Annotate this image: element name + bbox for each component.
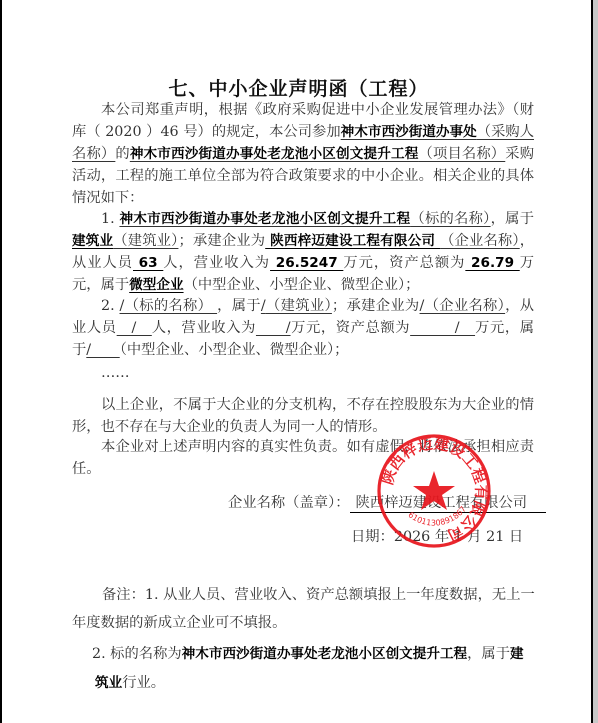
industry-label: （建筑业）: [113, 233, 178, 249]
note-industry: 建: [510, 646, 524, 662]
subject-label: （标的名称）: [410, 211, 490, 227]
note-text: ，属于: [467, 646, 510, 662]
item-text: 人，营业收入为: [152, 320, 256, 336]
date-value: 2026 年 1 月 21 日: [394, 529, 523, 545]
note-text: 2. 标的名称为: [92, 646, 182, 662]
item-text: ；承建企业为: [178, 233, 265, 249]
date-line: 日期：2026 年 1 月 21 日: [351, 526, 523, 546]
item-number: 1.: [101, 211, 119, 227]
note-line-3: 2. 标的名称为神木市西沙街道办事处老龙池小区创文提升工程，属于建: [92, 642, 524, 663]
item-number: 2.: [101, 298, 120, 314]
purchaser-name: 神木市西沙街道办事处: [341, 124, 477, 140]
revenue: 26.5247: [270, 255, 343, 271]
size-label: （中型企业、小型企业、微型企业）；: [120, 342, 349, 358]
employee-count: 63: [133, 255, 163, 271]
signature-label: 企业名称（盖章）：: [228, 495, 350, 511]
note-project-name: 神木市西沙街道办事处老龙池小区创文提升工程: [182, 646, 467, 662]
enterprise-size: 微型企业: [129, 277, 183, 293]
statement-paragraph-1: 以上企业，不属于大企业的分支机构，不存在控股股东为大企业的情形，也不存在与大企业…: [72, 394, 534, 438]
item-text: ；承建企业为: [332, 298, 420, 314]
item-text: ，属于: [491, 211, 534, 227]
enterprise-size: /: [86, 342, 119, 358]
item-text: 人，营业收入为: [163, 255, 270, 271]
page-title: 七、中小企业声明函（工程）: [2, 74, 595, 101]
enterprise-item-2: 2. /（标的名称） ，属于/（建筑业）；承建企业为/（企业名称），从业人员 /…: [72, 295, 534, 361]
subject-name: 神木市西沙街道办事处老龙池小区创文提升工程: [119, 211, 410, 227]
industry: 建筑业: [72, 233, 113, 249]
company-name: 陕西梓迈建设工程有限公司: [265, 233, 440, 249]
project-label: （项目名称）: [419, 146, 506, 162]
note-industry: 筑业: [95, 675, 122, 691]
signature-company: 陕西梓迈建设工程有限公司: [350, 492, 546, 513]
intro-text: 的: [115, 146, 129, 162]
company-label: （企业名称）: [440, 233, 520, 249]
document-page: 七、中小企业声明函（工程） 本公司郑重声明，根据《政府采购促进中小企业发展管理办…: [0, 0, 593, 723]
enterprise-item-1: 1. 神木市西沙街道办事处老龙池小区创文提升工程（标的名称），属于建筑业（建筑业…: [72, 208, 534, 296]
total-assets: /: [410, 320, 475, 336]
signature-line: 企业名称（盖章）：陕西梓迈建设工程有限公司: [228, 492, 546, 513]
note-text: 行业。: [122, 675, 165, 691]
industry-label: （建筑业）: [266, 298, 332, 314]
size-label: （中型企业、小型企业、微型企业）；: [184, 277, 420, 293]
intro-paragraph: 本公司郑重声明，根据《政府采购促进中小企业发展管理办法》（财库（ 2020 ）4…: [72, 99, 534, 209]
statement-paragraph-2: 本企业对上述声明内容的真实性负责。如有虚假，将依法承担相应责任。: [72, 436, 534, 480]
item-text: 万元，资产总额为: [343, 255, 465, 271]
date-label: 日期：: [351, 529, 394, 545]
total-assets: 26.79: [465, 255, 519, 271]
item-text: 万元，资产总额为: [291, 320, 411, 336]
ellipsis: ……: [72, 362, 534, 384]
item-text: ，属于: [217, 298, 261, 314]
project-name: 神木市西沙街道办事处老龙池小区创文提升工程: [130, 146, 419, 162]
employee-count: /: [117, 320, 152, 336]
note-line-4: 筑业行业。: [95, 671, 165, 692]
company-name: /（企业名称）: [420, 298, 506, 314]
revenue: /: [256, 320, 291, 336]
note-line-2: 年度数据的新成立企业可不填报。: [72, 612, 286, 632]
note-line-1: 备注：1. 从业人员、营业收入、资产总额填报上一年度数据，无上一: [102, 584, 535, 604]
subject-name: /（标的名称）: [120, 298, 218, 314]
